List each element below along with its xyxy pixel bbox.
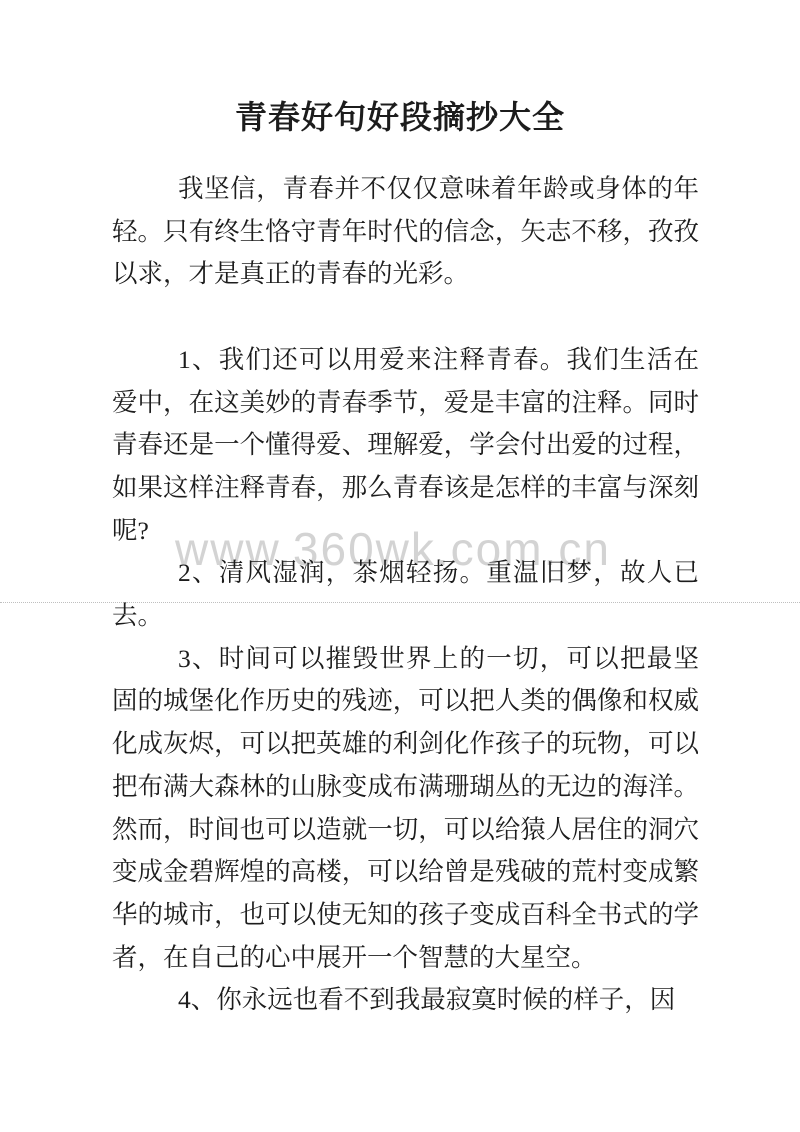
paragraph-item-3: 3、时间可以摧毁世界上的一切，可以把最坚固的城堡化作历史的残迹，可以把人类的偶像… <box>112 638 699 980</box>
paragraph-item-2: 2、清风湿润，茶烟轻扬。重温旧梦，故人已去。 <box>112 552 699 637</box>
document-page: www.360wk.com.cn 青春好句好段摘抄大全 我坚信，青春并不仅仅意味… <box>0 0 800 1132</box>
paragraph-item-4: 4、你永远也看不到我最寂寞时候的样子，因 <box>112 979 699 1022</box>
document-body: 我坚信，青春并不仅仅意味着年龄或身体的年轻。只有终生恪守青年时代的信念，矢志不移… <box>112 168 699 1022</box>
paragraph-intro: 我坚信，青春并不仅仅意味着年龄或身体的年轻。只有终生恪守青年时代的信念，矢志不移… <box>112 168 699 296</box>
page-title: 青春好句好段摘抄大全 <box>0 92 800 138</box>
paragraph-item-1: 1、我们还可以用爱来注释青春。我们生活在爱中，在这美妙的青春季节，爱是丰富的注释… <box>112 339 699 553</box>
